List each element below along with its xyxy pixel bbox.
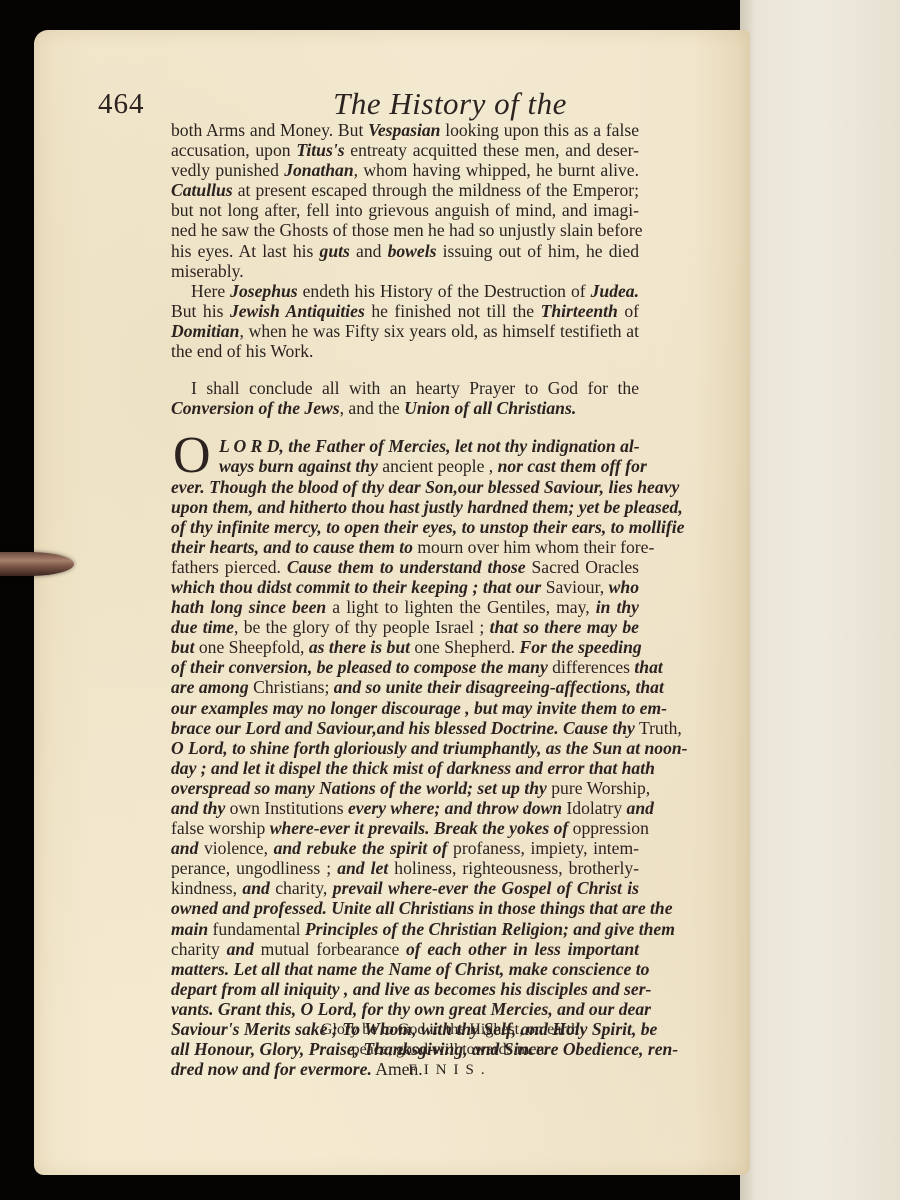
text-line: ned he saw the Ghosts of those men he ha… <box>171 220 639 240</box>
italic-run: and <box>242 878 269 898</box>
roman-run: Sacred Oracles <box>526 557 639 577</box>
roman-run: charity <box>171 939 227 959</box>
italic-run: which thou didst commit to their keeping… <box>171 577 541 597</box>
text-line: owned and professed. Unite all Christian… <box>171 898 639 918</box>
text-line: Conversion of the Jews, and the Union of… <box>171 398 639 418</box>
italic-run: Thirteenth <box>541 301 618 321</box>
text-line: ever. Though the blood of thy dear Son,o… <box>171 477 639 497</box>
roman-run: oppression <box>568 818 649 838</box>
italic-run: are among <box>171 677 249 697</box>
roman-run: looking upon this as a false <box>440 120 639 140</box>
italic-run: and <box>227 939 254 959</box>
text-line: upon them, and hitherto thou hast justly… <box>171 497 639 517</box>
text-line: the end of his Work. <box>171 341 639 361</box>
italic-run: main <box>171 919 208 939</box>
text-block: both Arms and Money. But Vespasian looki… <box>171 120 639 1079</box>
text-line: brace our Lord and Saviour,and his bless… <box>171 718 639 738</box>
text-line: charity and mutual forbearance of each o… <box>171 939 639 959</box>
doxology-line-2: peace, good-will towards men. <box>0 1040 900 1060</box>
italic-run: owned and professed. Unite all Christian… <box>171 898 673 918</box>
text-line: L O R D, the Father of Mercies, let not … <box>171 436 639 456</box>
text-line: Domitian, when he was Fifty six years ol… <box>171 321 639 341</box>
roman-run: his eyes. At last his <box>171 241 320 261</box>
roman-run: own Institutions <box>225 798 348 818</box>
text-line: and violence, and rebuke the spirit of p… <box>171 838 639 858</box>
spacer <box>171 418 639 436</box>
roman-run: fathers pierced. <box>171 557 287 577</box>
roman-run: Here <box>191 281 230 301</box>
italic-run: who <box>609 577 639 597</box>
italic-run: our examples may no longer discourage , … <box>171 698 667 718</box>
text-line: vants. Grant this, O Lord, for thy own g… <box>171 999 639 1019</box>
italic-run: brace our Lord and Saviour,and his bless… <box>171 718 635 738</box>
text-line: are among Christians; and so unite their… <box>171 677 639 697</box>
text-line: perance, ungodliness ; and let holiness,… <box>171 858 639 878</box>
italic-run: as there is but <box>309 637 410 657</box>
text-line: which thou didst commit to their keeping… <box>171 577 639 597</box>
text-line: Here Josephus endeth his History of the … <box>171 281 639 301</box>
italic-run: vants. Grant this, O Lord, for thy own g… <box>171 999 651 1019</box>
italic-run: Conversion of the Jews <box>171 398 340 418</box>
paragraph-conclusion: I shall conclude all with an hearty Pray… <box>171 378 639 418</box>
roman-run: Saviour, <box>541 577 608 597</box>
roman-run: , and the <box>340 398 405 418</box>
italic-run: and thy <box>171 798 225 818</box>
text-line: miserably. <box>171 261 639 281</box>
text-line: Catullus at present escaped through the … <box>171 180 639 200</box>
roman-run: the end of his Work. <box>171 341 313 361</box>
roman-run: perance, ungodliness ; <box>171 858 337 878</box>
roman-run: one Sheepfold, <box>194 637 308 657</box>
prayer-text: L O R D, the Father of Mercies, let not … <box>171 436 639 1079</box>
text-line: main fundamental Principles of the Chris… <box>171 919 639 939</box>
roman-run: vedly punished <box>171 160 284 180</box>
text-line: ways burn against thy ancient people , n… <box>171 456 639 476</box>
roman-run: of <box>618 301 639 321</box>
roman-run: false worship <box>171 818 270 838</box>
italic-run: Catullus <box>171 180 233 200</box>
roman-run: mourn over him whom their fore- <box>413 537 654 557</box>
italic-run: guts <box>320 241 350 261</box>
text-line: O Lord, to shine forth gloriously and tr… <box>171 738 639 758</box>
text-line: our examples may no longer discourage , … <box>171 698 639 718</box>
roman-run: accusation, upon <box>171 140 296 160</box>
roman-run: , when he was Fifty six years old, as hi… <box>239 321 639 341</box>
italic-run: of each other in less important <box>406 939 639 959</box>
roman-run: both Arms and Money. But <box>171 120 368 140</box>
italic-run: Vespasian <box>368 120 440 140</box>
text-line: false worship where-ever it prevails. Br… <box>171 818 639 838</box>
italic-run: Titus's <box>296 140 344 160</box>
italic-run: their hearts, and to cause them to <box>171 537 413 557</box>
text-line: but not long after, fell into grievous a… <box>171 200 639 220</box>
text-line: I shall conclude all with an hearty Pray… <box>171 378 639 398</box>
text-line: depart from all iniquity , and live as b… <box>171 979 639 999</box>
roman-run: mutual forbearance <box>254 939 406 959</box>
italic-run: prevail where-ever the Gospel of Christ … <box>333 878 639 898</box>
italic-run: overspread so many Nations of the world;… <box>171 778 547 798</box>
text-line: accusation, upon Titus's entreaty acquit… <box>171 140 639 160</box>
italic-run: and rebuke the spirit of <box>274 838 448 858</box>
text-line: fathers pierced. Cause them to understan… <box>171 557 639 577</box>
roman-run: fundamental <box>208 919 305 939</box>
paragraph-josephus: Here Josephus endeth his History of the … <box>171 281 639 361</box>
roman-run: a light to lighten the Gentiles, may, <box>326 597 596 617</box>
prayer: O L O R D, the Father of Mercies, let no… <box>171 436 639 1079</box>
text-line: his eyes. At last his guts and bowels is… <box>171 241 639 261</box>
italic-run: Judea. <box>591 281 639 301</box>
roman-run: , whom having whipped, he burnt alive. <box>354 160 639 180</box>
roman-run: pure Worship, <box>547 778 650 798</box>
italic-run: and <box>627 798 654 818</box>
roman-run: I shall conclude all with an hearty Pray… <box>191 378 639 398</box>
italic-run: Josephus <box>230 281 297 301</box>
finis: FINIS. <box>0 1060 900 1080</box>
italic-run: ever. Though the blood of thy dear Son,o… <box>171 477 679 497</box>
italic-run: Jewish Antiquities <box>230 301 365 321</box>
text-line: matters. Let all that name the Name of C… <box>171 959 639 979</box>
italic-run: where-ever it prevails. Break the yokes … <box>270 818 569 838</box>
italic-run: ways burn against thy <box>219 456 378 476</box>
italic-run: hath long since been <box>171 597 326 617</box>
roman-run: one Shepherd. <box>410 637 519 657</box>
roman-run: kindness, <box>171 878 242 898</box>
doxology-line-1: Glory be to God in the Highest, on earth <box>0 1020 900 1040</box>
roman-run: ancient people , <box>378 456 498 476</box>
roman-run: and <box>350 241 388 261</box>
text-line: of their conversion, be pleased to compo… <box>171 657 639 677</box>
drop-cap: O <box>173 432 211 480</box>
text-line: vedly punished Jonathan, whom having whi… <box>171 160 639 180</box>
italic-run: Principles of the Christian Religion; an… <box>305 919 675 939</box>
italic-run: matters. Let all that name the Name of C… <box>171 959 649 979</box>
roman-run: differences <box>548 657 635 677</box>
roman-run: miserably. <box>171 261 244 281</box>
text-line: and thy own Institutions every where; an… <box>171 798 639 818</box>
roman-run: Truth, <box>635 718 682 738</box>
italic-run: of their conversion, be pleased to compo… <box>171 657 548 677</box>
italic-run: bowels <box>388 241 437 261</box>
text-line: both Arms and Money. But Vespasian looki… <box>171 120 639 140</box>
italic-run: nor cast them off for <box>498 456 647 476</box>
roman-run: charity, <box>270 878 333 898</box>
roman-run: Idolatry <box>562 798 627 818</box>
running-head: The History of the <box>0 86 900 122</box>
italic-run: every where; and throw down <box>348 798 562 818</box>
italic-run: O Lord, to shine forth gloriously and tr… <box>171 738 688 758</box>
italic-run: depart from all iniquity , and live as b… <box>171 979 651 999</box>
roman-run: , be the glory of thy people Israel ; <box>234 617 490 637</box>
italic-run: Cause them to understand those <box>287 557 526 577</box>
roman-run: But his <box>171 301 230 321</box>
roman-run: at present escaped through the mildness … <box>233 180 639 200</box>
italic-run: For the speeding <box>519 637 641 657</box>
text-line: due time, be the glory of thy people Isr… <box>171 617 639 637</box>
italic-run: of thy infinite mercy, to open their eye… <box>171 517 684 537</box>
roman-run: endeth his History of the Destruction of <box>298 281 591 301</box>
text-line: overspread so many Nations of the world;… <box>171 778 639 798</box>
italic-run: in thy <box>596 597 639 617</box>
roman-run: violence, <box>198 838 273 858</box>
roman-run: he finished not till the <box>365 301 541 321</box>
italic-run: that so there may be <box>490 617 639 637</box>
italic-run: and let <box>337 858 388 878</box>
italic-run: L O R D, the Father of Mercies, let not … <box>219 436 640 456</box>
roman-run: profaness, impiety, intem- <box>447 838 639 858</box>
text-line: kindness, and charity, prevail where-eve… <box>171 878 639 898</box>
text-line: But his Jewish Antiquities he finished n… <box>171 301 639 321</box>
roman-run: Christians; <box>249 677 334 697</box>
paragraph-vespasian: both Arms and Money. But Vespasian looki… <box>171 120 639 281</box>
italic-run: but <box>171 637 194 657</box>
italic-run: day ; and let it dispel the thick mist o… <box>171 758 655 778</box>
text-line: day ; and let it dispel the thick mist o… <box>171 758 639 778</box>
italic-run: and so unite their disagreeing-affection… <box>334 677 664 697</box>
roman-run: but not long after, fell into grievous a… <box>171 200 639 220</box>
text-line: but one Sheepfold, as there is but one S… <box>171 637 639 657</box>
roman-run: issuing out of him, he died <box>436 241 639 261</box>
italic-run: upon them, and hitherto thou hast justly… <box>171 497 683 517</box>
italic-run: Union of all Christians. <box>404 398 576 418</box>
spacer <box>171 361 639 378</box>
text-line: their hearts, and to cause them to mourn… <box>171 537 639 557</box>
italic-run: Jonathan <box>284 160 353 180</box>
roman-run: holiness, righteousness, brotherly- <box>388 858 639 878</box>
italic-run: that <box>634 657 662 677</box>
italic-run: Domitian <box>171 321 239 341</box>
italic-run: and <box>171 838 198 858</box>
text-line: hath long since been a light to lighten … <box>171 597 639 617</box>
roman-run: ned he saw the Ghosts of those men he ha… <box>171 220 643 240</box>
roman-run: entreaty acquitted these men, and deser- <box>345 140 639 160</box>
italic-run: due time <box>171 617 234 637</box>
text-line: of thy infinite mercy, to open their eye… <box>171 517 639 537</box>
